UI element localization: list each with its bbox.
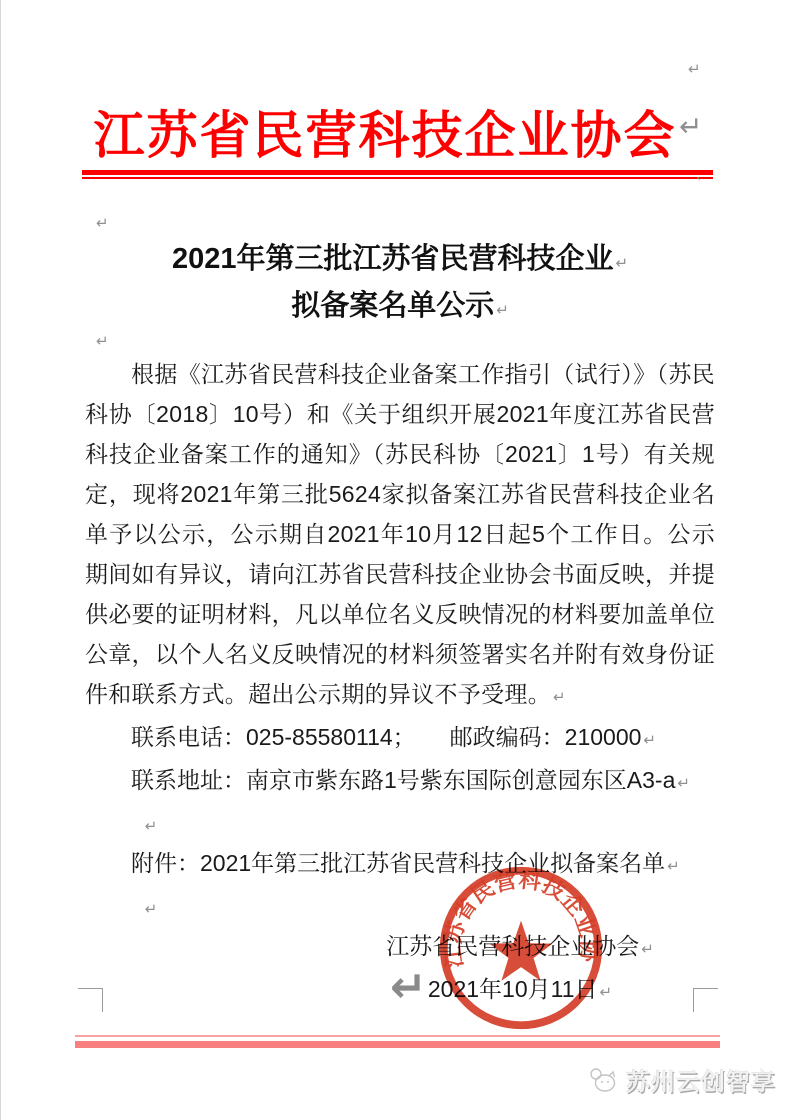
paragraph-mark-icon: ↵ — [145, 817, 158, 835]
contact-phone: 联系电话：025-85580114； — [131, 724, 416, 750]
header-rule-thick — [82, 170, 713, 175]
footer-rule-thin — [75, 1035, 720, 1037]
paragraph-mark-icon: ↵ — [679, 110, 702, 143]
paragraph-mark-icon: ↵ — [96, 332, 109, 350]
document-title: 2021年第三批江苏省民营科技企业↵ 拟备案名单公示↵ — [85, 238, 715, 332]
document-page: ↵ 江苏省民营科技企业协会 ↵ ` ↵ 2021年第三批江苏省民营科技企业↵ 拟… — [0, 0, 792, 1120]
paragraph-mark-icon: ↵ — [615, 254, 628, 272]
header-rule-thin — [82, 177, 713, 179]
paragraph-mark-icon: ↵ — [643, 731, 656, 749]
document-body: 根据《江苏省民营科技企业备案工作指引（试行）》（苏民科协〔2018〕10号）和《… — [85, 354, 715, 1012]
paragraph-mark-icon: ↵ — [688, 60, 701, 78]
contact-address-line: 联系地址：南京市紫东路1号紫东国际创意园东区A3-a↵ — [85, 760, 715, 803]
paragraph-mark-icon: ↵ — [677, 774, 690, 792]
footer-double-rule — [75, 1035, 720, 1048]
official-seal: 江苏省民营科技企业协会 — [433, 860, 609, 1036]
text-boundary-corner-bottom-left — [78, 988, 103, 1012]
empty-paragraph: ↵ — [85, 886, 715, 926]
paragraph-mark-icon: ↵ — [96, 214, 109, 232]
contact-phone-line: 联系电话：025-85580114；邮政编码：210000↵ — [85, 717, 715, 760]
document-title-line1: 2021年第三批江苏省民营科技企业↵ — [85, 238, 715, 285]
large-paragraph-mark-icon: ↵ — [390, 962, 427, 1013]
seal-star-icon — [489, 921, 552, 981]
document-title-line1-text: 2021年第三批江苏省民营科技企业 — [172, 243, 614, 275]
contact-address: 联系地址：南京市紫东路1号紫东国际创意园东区A3-a — [131, 767, 675, 793]
watermark-brand-text: 苏州云创智享 — [626, 1062, 776, 1097]
text-boundary-corner-bottom-right — [693, 988, 718, 1012]
org-header-title: 江苏省民营科技企业协会 — [85, 94, 685, 168]
paragraph-mark-icon: ↵ — [145, 900, 158, 918]
paragraph-mark-icon: ↵ — [641, 940, 654, 958]
main-paragraph: 根据《江苏省民营科技企业备案工作指引（试行）》（苏民科协〔2018〕10号）和《… — [85, 354, 715, 717]
main-paragraph-text: 根据《江苏省民营科技企业备案工作指引（试行）》（苏民科协〔2018〕10号）和《… — [85, 361, 715, 707]
page-left-border — [0, 0, 1, 1120]
watermark: 苏州云创智享 — [588, 1062, 776, 1097]
official-seal-graphic: 江苏省民营科技企业协会 — [433, 860, 609, 1036]
header-double-rule — [82, 170, 713, 179]
document-title-line2: 拟备案名单公示↵ — [85, 285, 715, 332]
paragraph-mark-icon: ↵ — [553, 688, 566, 706]
contact-postal-code: 邮政编码：210000 — [450, 724, 642, 750]
paragraph-mark-icon: ↵ — [496, 301, 509, 319]
mascot-icon — [588, 1065, 618, 1095]
attachment-line: 附件：2021年第三批江苏省民营科技企业拟备案名单↵ — [85, 843, 715, 886]
document-title-line2-text: 拟备案名单公示 — [291, 290, 494, 322]
empty-paragraph: ↵ — [85, 803, 715, 843]
paragraph-mark-icon: ↵ — [667, 857, 680, 875]
footer-rule-thick — [75, 1041, 720, 1048]
